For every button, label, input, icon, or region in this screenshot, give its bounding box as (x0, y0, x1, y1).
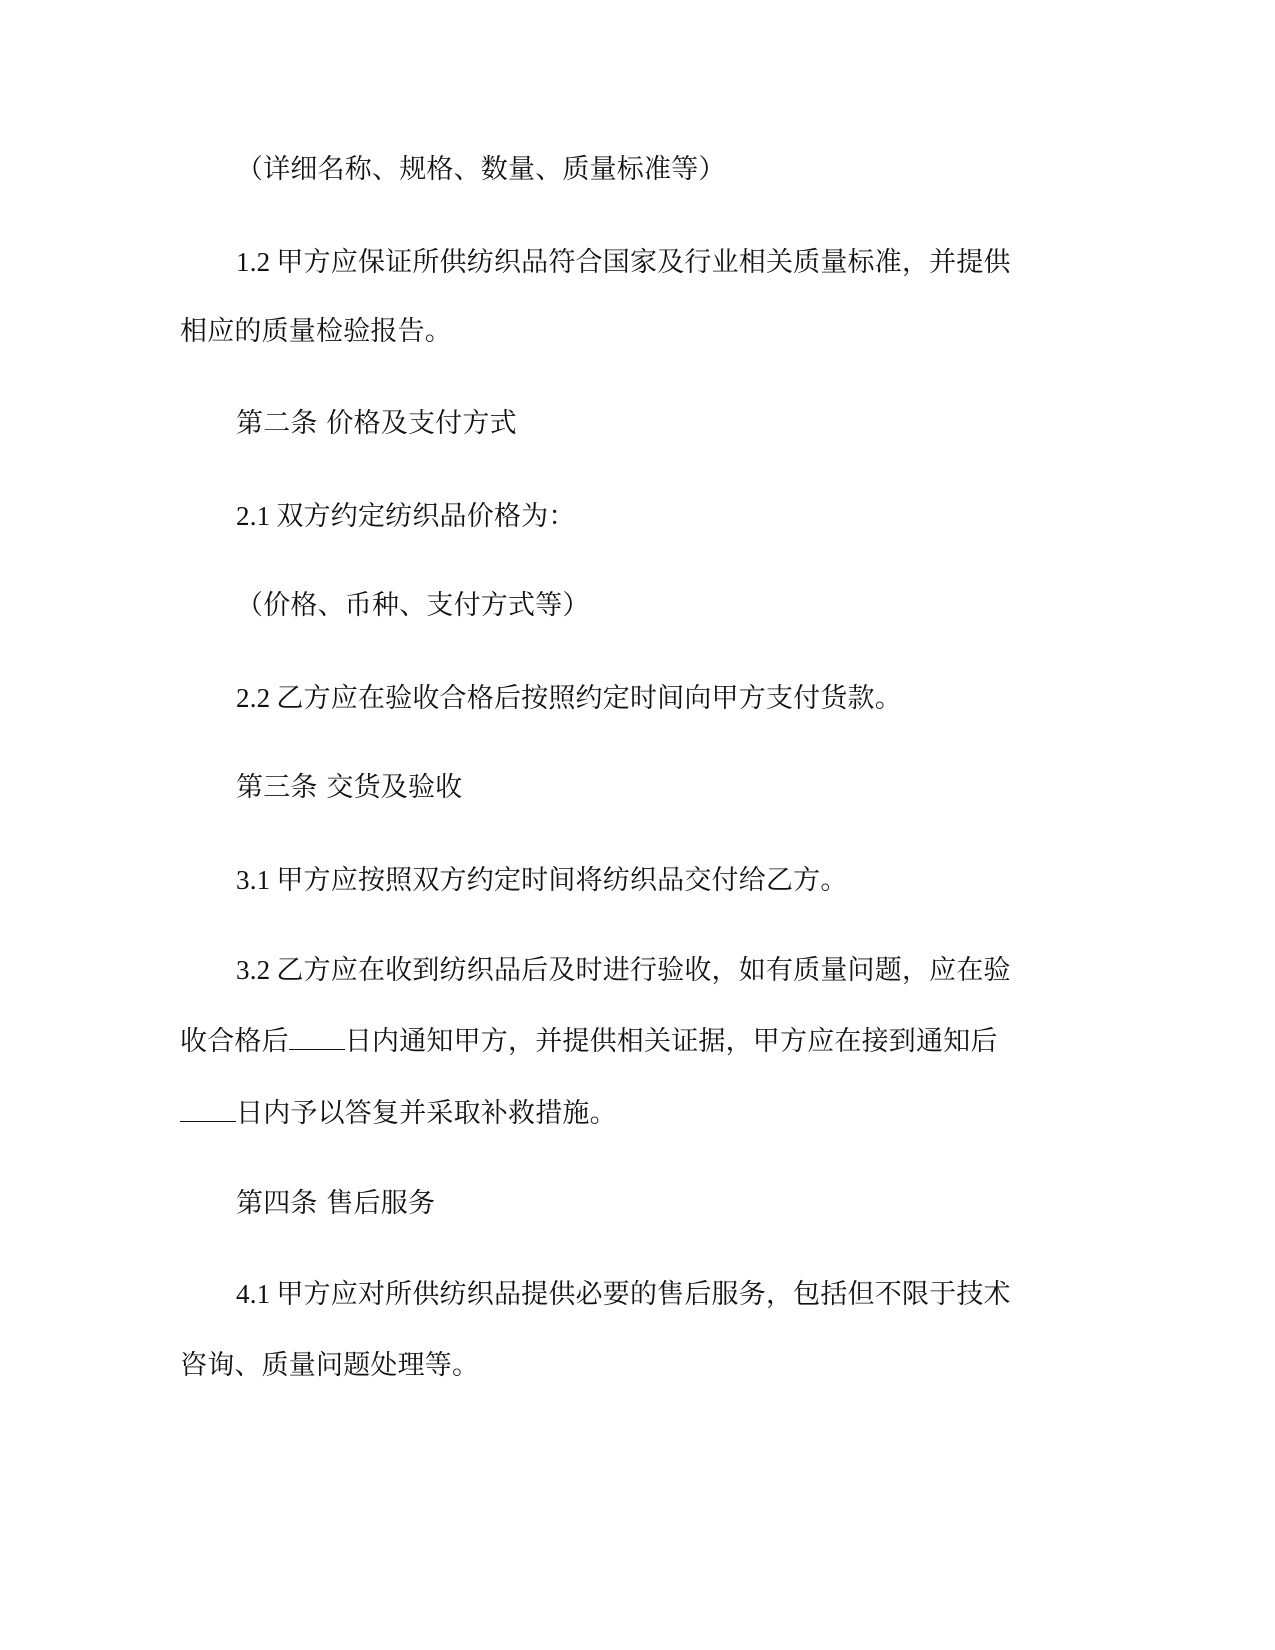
article-2-heading: 第二条 价格及支付方式 (236, 406, 517, 442)
section-heading: 第三条 交货及验收 (236, 772, 462, 803)
clause-1-2: 1.2甲方应保证所供纺织品符合国家及行业相关质量标准，并提供 (236, 244, 1011, 281)
clause-number: 1.2 (236, 247, 270, 277)
paragraph-text: （价格、币种、支付方式等） (236, 590, 590, 621)
clause-1-2-continued: 相应的质量检验报告。 (180, 314, 452, 350)
paragraph-text: 乙方应在验收合格后按照约定时间向甲方支付货款。 (276, 683, 902, 714)
clause-number: 3.1 (236, 865, 270, 895)
article-3-heading: 第三条 交货及验收 (236, 770, 462, 806)
clause-3-2: 3.2乙方应在收到纺织品后及时进行验收，如有质量问题，应在验 (236, 952, 1011, 989)
clause-3-2-continued-2: 日内予以答复并采取补救措施。 (180, 1096, 617, 1132)
item-description-placeholder: （详细名称、规格、数量、质量标准等） (236, 152, 726, 188)
clause-4-1: 4.1甲方应对所供纺织品提供必要的售后服务，包括但不限于技术 (236, 1276, 1011, 1313)
paragraph-text: 乙方应在收到纺织品后及时进行验收，如有质量问题，应在验 (276, 955, 1010, 986)
clause-2-2: 2.2乙方应在验收合格后按照约定时间向甲方支付货款。 (236, 680, 902, 717)
clause-number: 3.2 (236, 955, 270, 985)
clause-3-2-continued: 收合格后日内通知甲方，并提供相关证据，甲方应在接到通知后 (180, 1024, 998, 1060)
clause-number: 2.2 (236, 683, 270, 713)
paragraph-text: 甲方应对所供纺织品提供必要的售后服务，包括但不限于技术 (276, 1279, 1010, 1310)
paragraph-text: 日内通知甲方，并提供相关证据，甲方应在接到通知后 (345, 1026, 998, 1057)
document-page: （详细名称、规格、数量、质量标准等） 1.2甲方应保证所供纺织品符合国家及行业相… (0, 0, 1275, 1650)
clause-3-1: 3.1甲方应按照双方约定时间将纺织品交付给乙方。 (236, 862, 848, 899)
fill-in-blank-days (180, 1097, 236, 1122)
paragraph-text: 咨询、质量问题处理等。 (180, 1350, 479, 1381)
paragraph-text: 收合格后 (180, 1026, 289, 1057)
clause-4-1-continued: 咨询、质量问题处理等。 (180, 1348, 479, 1384)
clause-number: 2.1 (236, 501, 270, 531)
clause-number: 4.1 (236, 1279, 270, 1309)
paragraph-text: 相应的质量检验报告。 (180, 316, 452, 347)
paragraph-text: 甲方应按照双方约定时间将纺织品交付给乙方。 (276, 865, 847, 896)
paragraph-text: （详细名称、规格、数量、质量标准等） (236, 154, 726, 185)
article-4-heading: 第四条 售后服务 (236, 1186, 435, 1222)
paragraph-text: 日内予以答复并采取补救措施。 (236, 1098, 617, 1129)
section-heading: 第四条 售后服务 (236, 1188, 435, 1219)
clause-2-1: 2.1双方约定纺织品价格为： (236, 498, 576, 535)
paragraph-text: 甲方应保证所供纺织品符合国家及行业相关质量标准，并提供 (276, 247, 1010, 278)
section-heading: 第二条 价格及支付方式 (236, 408, 517, 439)
price-placeholder: （价格、币种、支付方式等） (236, 588, 590, 624)
paragraph-text: 双方约定纺织品价格为： (276, 501, 575, 532)
fill-in-blank-days (289, 1025, 345, 1050)
